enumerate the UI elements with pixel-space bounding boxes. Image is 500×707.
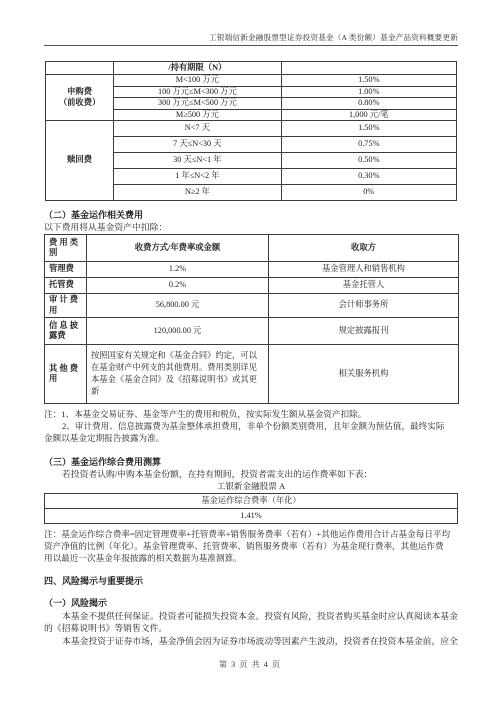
combined-fee-header-cell: 基金运作综合费率（年化） [45,494,458,509]
rate-cell: 0% [281,185,456,201]
category-header-cell: 费 用 类 别 [45,235,87,262]
category-cell: 管理费 [45,262,87,278]
method-header-cell: 收费方式/年费率或金额 [87,235,269,262]
tier-cell: 300 万元≤M<500 万元 [114,98,281,110]
section3-intro: 若投资者认购/申购本基金份额，在持有期间，投资者需支出的运作费率如下表： [44,468,458,480]
table-row: 信 息 披 露费 120,000.00 元 规定披露报刊 [45,318,459,345]
combined-fee-value-cell: 1.41% [45,509,458,524]
risk-paragraph-1: 本基金不提供任何保证。投资者可能损失投资本金。投资有风险，投资者购买基金时应认真… [44,610,458,634]
table-row: 审 计 费 用 56,800.00 元 会计师事务所 [45,294,459,318]
category-cell: 审 计 费 用 [45,294,87,318]
rate-cell: 1,000 元/笔 [281,109,456,121]
tier-cell: M≥500 万元 [114,109,281,121]
note-line: 2、审计费用、信息披露费为基金整体承担费用，非单个份额类别费用，且年金额为预估值… [44,420,458,432]
payee-cell: 规定披露报刊 [269,318,459,345]
payee-cell: 相关服务机构 [269,345,459,404]
table-header-row: 基金运作综合费率（年化） [45,494,458,509]
paragraph-line: 本基金不提供任何保证。投资者可能损失投资本金。投资有风险，投资者购买基金时应认真… [44,610,458,622]
section3-heading: （三）基金运作综合费用测算 [44,456,458,468]
section2-heading: （二）基金运作相关费用 [44,209,458,221]
method-cell: 按照国家有关规定和《基金合同》约定，可以 在基金财产中列支的其他费用。费用类别详… [87,345,269,404]
document-header: 工银瑞信新金融股票型证券投资基金（A 类份额）基金产品资料概要更新 [44,33,458,46]
payee-header-cell: 收取方 [269,235,459,262]
document-header-title: 工银瑞信新金融股票型证券投资基金（A 类份额）基金产品资料概要更新 [44,33,458,43]
table-row: 其 他 费 用 按照国家有关规定和《基金合同》约定，可以 在基金财产中列支的其他… [45,345,459,404]
document-page: 工银瑞信新金融股票型证券投资基金（A 类份额）基金产品资料概要更新 /持有期限（… [0,0,500,707]
category-cell: 其 他 费 用 [45,345,87,404]
rate-cell: 1.50% [281,121,456,137]
tier-cell: N<7 天 [114,121,281,137]
fund-share-caption: 工银新金融股票 A [44,480,458,492]
combined-fee-table: 基金运作综合费率（年化） 1.41% [44,493,458,524]
tier-cell: 100 万元≤M<300 万元 [114,86,281,98]
fee-group-label: 赎回费 [46,121,114,201]
note-line: 注：基金运作综合费率=固定管理费率+托管费率+销售服务费率（若有）+其他运作费用… [44,528,458,540]
method-cell: 120,000.00 元 [87,318,269,345]
table-row: 1.41% [45,509,458,524]
rate-cell: 0.75% [281,137,456,153]
method-cell: 56,800.00 元 [87,294,269,318]
operating-fee-table: 费 用 类 别 收费方式/年费率或金额 收取方 管理费 1.2% 基金管理人和销… [44,234,459,404]
payee-cell: 基金托管人 [269,278,459,294]
page-footer: 第 3 页 共 4 页 [0,659,500,670]
table-row: /持有期限（N） [46,62,457,75]
section3-notes: 注：基金运作综合费率=固定管理费率+托管费率+销售服务费率（若有）+其他运作费用… [44,528,458,564]
period-header-cell: /持有期限（N） [114,62,281,75]
table-header-row: 费 用 类 别 收费方式/年费率或金额 收取方 [45,235,459,262]
page-content: 工银瑞信新金融股票型证券投资基金（A 类份额）基金产品资料概要更新 /持有期限（… [0,33,500,647]
payee-cell: 会计师事务所 [269,294,459,318]
payee-cell: 基金管理人和销售机构 [269,262,459,278]
category-cell: 托管费 [45,278,87,294]
note-line: 注：1、本基金交易证券、基金等产生的费用和税负，按实际发生额从基金资产扣除。 [44,408,458,420]
rate-cell: 1.50% [281,75,456,87]
tier-cell: N≥2 年 [114,185,281,201]
rate-cell: 0.80% [281,98,456,110]
method-cell: 1.2% [87,262,269,278]
category-cell: 信 息 披 露费 [45,318,87,345]
rate-cell: 0.50% [281,153,456,169]
rate-cell: 0.30% [281,169,456,185]
empty-cell [46,62,114,75]
table-row: 管理费 1.2% 基金管理人和销售机构 [45,262,459,278]
empty-cell [281,62,456,75]
risk-disclosure-heading: （一）风险揭示 [44,597,458,609]
note-line: 用以最近一次基金年报披露的相关数据为基准测算。 [44,552,458,564]
paragraph-line: 的《招募说明书》等销售文件。 [44,622,458,634]
fee-group-label: 申购费 （前收费） [46,75,114,121]
risk-paragraph-2: 本基金投资于证券市场，基金净值会因为证券市场波动等因素产生波动，投资者在投资本基… [44,635,458,647]
table-row: 托管费 0.2% 基金托管人 [45,278,459,294]
paragraph-line: 本基金投资于证券市场，基金净值会因为证券市场波动等因素产生波动，投资者在投资本基… [44,635,458,647]
method-cell: 0.2% [87,278,269,294]
section4-heading: 四、风险揭示与重要提示 [44,575,458,587]
note-line: 金额以基金定期报告披露为准。 [44,432,458,444]
rate-cell: 1.00% [281,86,456,98]
tier-cell: 7 天≤N<30 天 [114,137,281,153]
section2-intro: 以下费用将从基金资产中扣除： [44,221,458,233]
tier-cell: 1 年≤N<2 年 [114,169,281,185]
tier-cell: 30 天≤N<1 年 [114,153,281,169]
table-row: 赎回费 N<7 天 1.50% [46,121,457,137]
note-line: 资产净值的比例（年化）。基金管理费率、托管费率、销售服务费率（若有）为基金现行费… [44,540,458,552]
fee-tier-table: /持有期限（N） 申购费 （前收费） M<100 万元 1.50% 100 万元… [45,61,457,201]
section2-notes: 注：1、本基金交易证券、基金等产生的费用和税负，按实际发生额从基金资产扣除。 2… [44,408,458,444]
table-row: 申购费 （前收费） M<100 万元 1.50% [46,75,457,87]
tier-cell: M<100 万元 [114,75,281,87]
